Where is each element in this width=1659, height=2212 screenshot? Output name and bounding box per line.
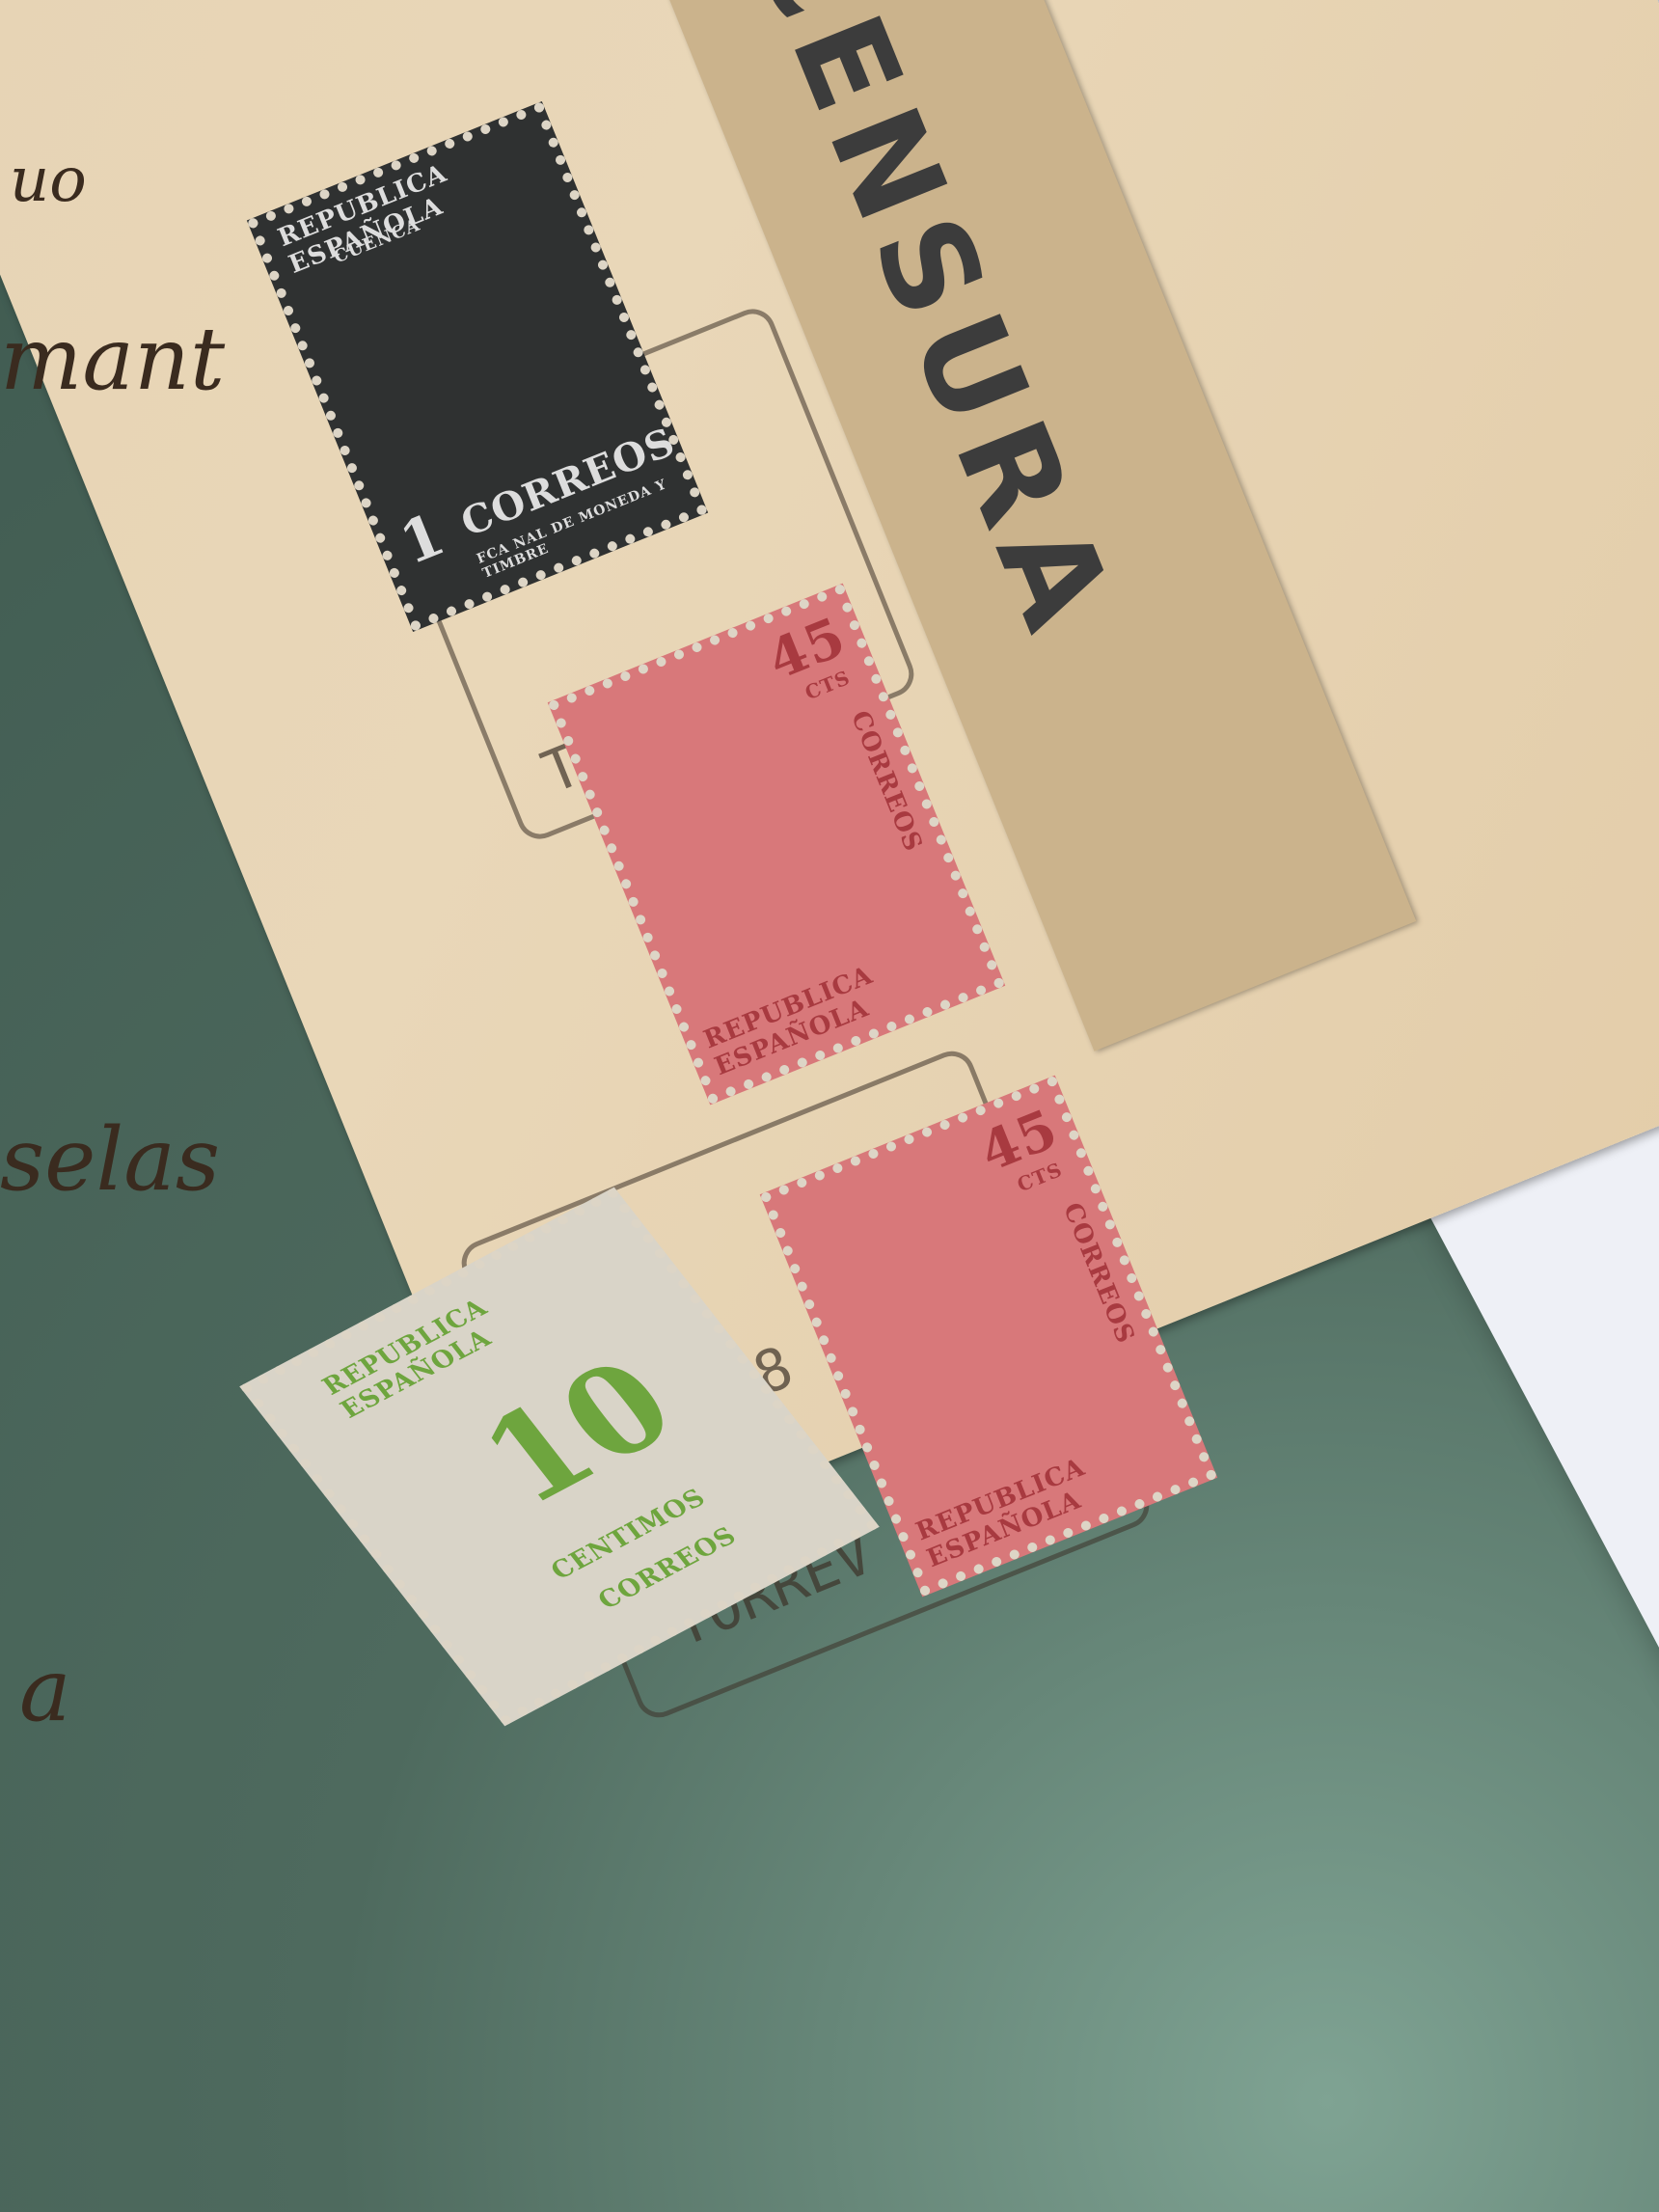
- handwriting-line: selas: [0, 1109, 220, 1211]
- handwriting-line: a: [19, 1640, 71, 1741]
- handwriting-line: uo: [10, 145, 87, 216]
- handwriting-line: mant: [0, 309, 225, 410]
